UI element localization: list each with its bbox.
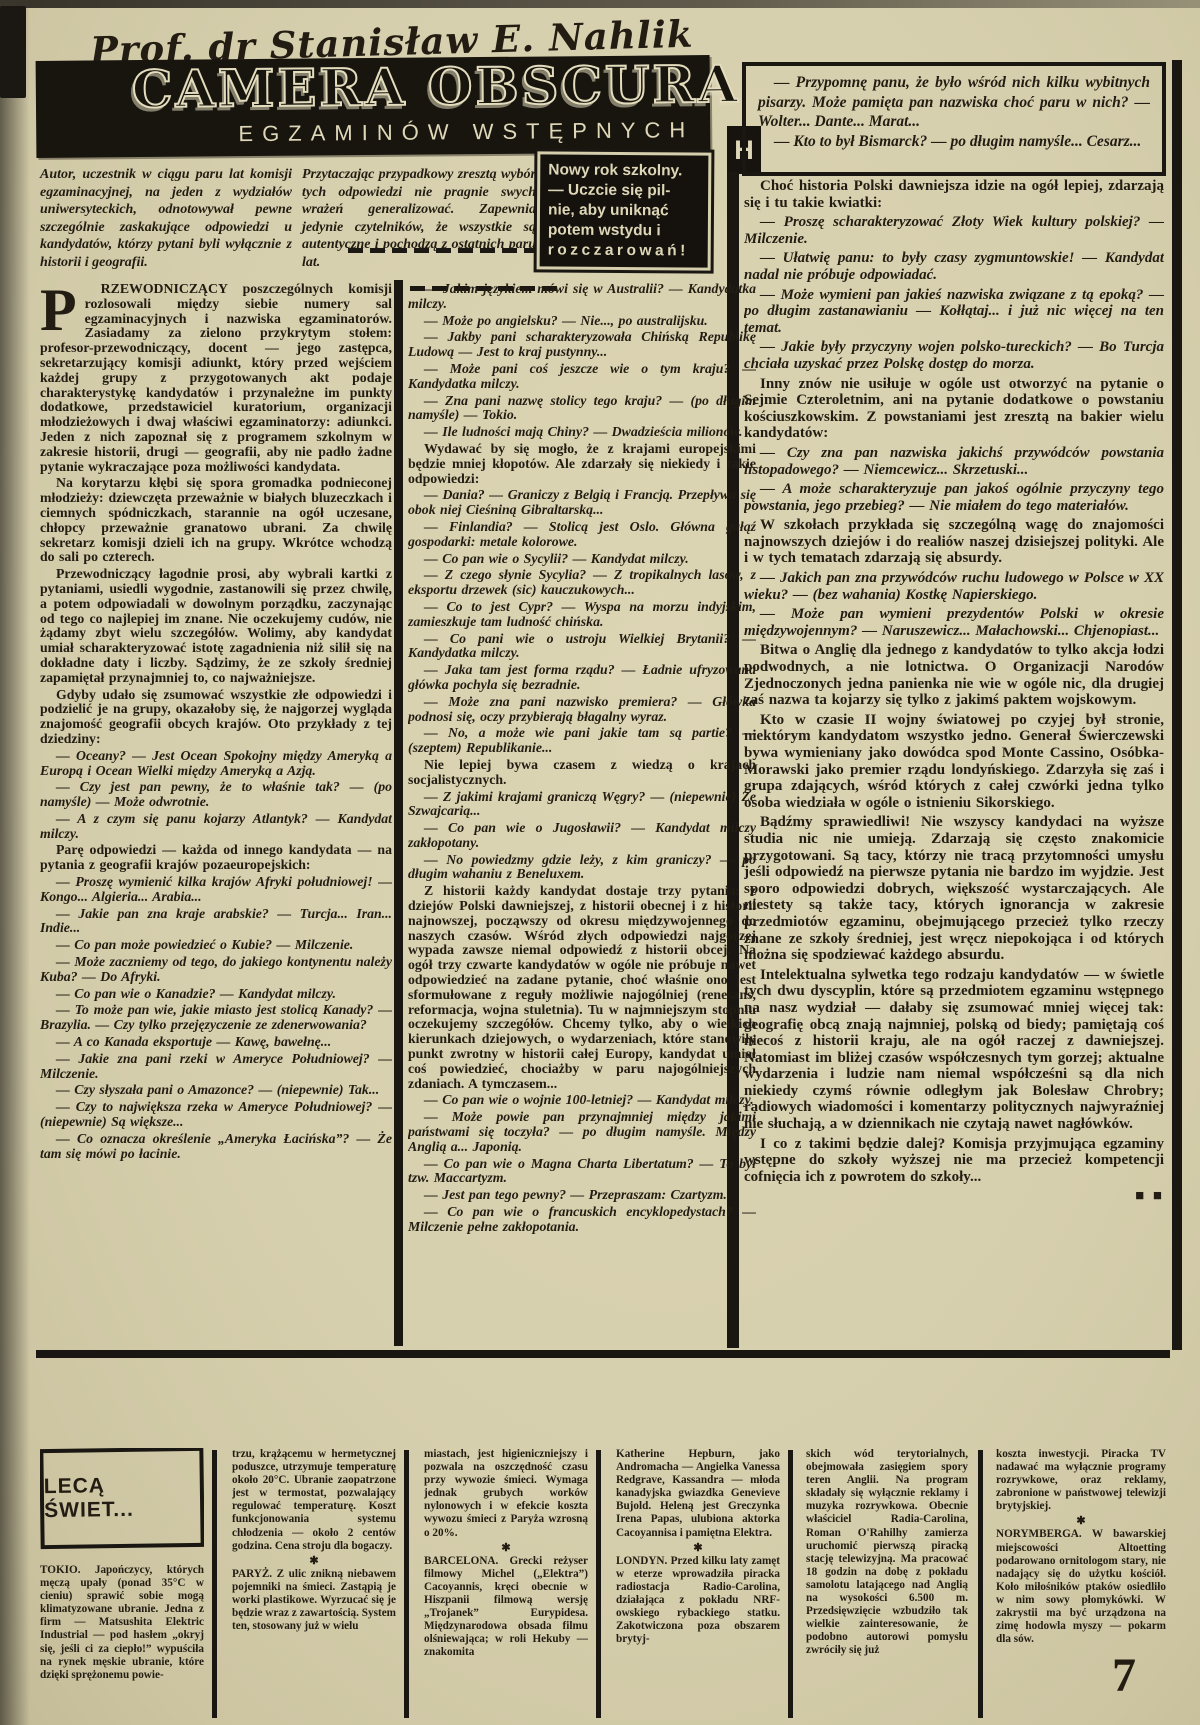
paragraph: — Czy zna pan nazwiska jakichś przywódcó… xyxy=(744,445,1164,478)
briefs-column-1: LECĄ ŚWIET... TOKIO. Japończycy, których… xyxy=(40,1448,204,1720)
school-year-notice-box: Nowy rok szkolny.— Uczcie się pil-nie, a… xyxy=(540,154,709,267)
section-divider-rule xyxy=(36,1350,1170,1358)
intro-paragraph: Autor, uczestnik w ciągu paru lat komisj… xyxy=(40,166,292,272)
column-rule xyxy=(1172,60,1182,1350)
paragraph: RZEWODNICZĄCY poszczególnych komisji roz… xyxy=(40,282,392,474)
paragraph: Inny znów nie usiłuje w ogóle ust otworz… xyxy=(744,376,1164,442)
paragraph: — Czy jest pan pewny, że to właśnie tak?… xyxy=(40,780,392,810)
paragraph: — Z jakimi krajami graniczą Węgry? — (ni… xyxy=(408,790,756,820)
paragraph: — Może powie pan przynajmniej między jak… xyxy=(408,1110,756,1154)
paragraph: — A może scharakteryzuje pan jakoś ogóln… xyxy=(744,481,1164,514)
paragraph: — Jakim językiem mówi się w Australii? —… xyxy=(408,282,756,312)
paragraph: — Oceany? — Jest Ocean Spokojny między A… xyxy=(40,749,392,779)
paragraph: Z historii każdy kandydat dostaje trzy p… xyxy=(408,884,756,1091)
paragraph: — Może zaczniemy od tego, do jakiego kon… xyxy=(40,955,392,985)
paragraph: I co z takimi będzie dalej? Komisja przy… xyxy=(744,1136,1164,1186)
briefs-column-3: miastach, jest higieniczniejszy i pozwal… xyxy=(424,1448,588,1720)
paragraph: Kto w czasie II wojny światowej po czyje… xyxy=(744,712,1164,812)
brief-paragraph: PARYŻ. Z ulic znikną niebawem pojemniki … xyxy=(232,1568,396,1633)
paragraph: — Ułatwię panu: to były czasy zygmuntows… xyxy=(744,250,1164,283)
briefs-column-rule xyxy=(788,1450,793,1718)
page-subtitle: EGZAMINÓW WSTĘPNYCH xyxy=(36,117,694,149)
paragraph: Nie lepiej bywa czasem z wiedzą o krajac… xyxy=(408,758,756,788)
paragraph: — Może pani coś jeszcze wie o tym kraju?… xyxy=(408,362,756,392)
briefs-column-2: trzu, krążącemu w hermetycznej poduszce,… xyxy=(232,1448,396,1720)
paragraph: Choć historia Polski dawniejsza idzie na… xyxy=(744,178,1164,211)
brief-paragraph: miastach, jest higieniczniejszy i pozwal… xyxy=(424,1448,588,1540)
paragraph: ■ ■ xyxy=(744,1188,1164,1205)
briefs-section-title: LECĄ ŚWIET... xyxy=(44,1473,201,1523)
paragraph: — Co pani wie o ustroju Wielkiej Brytani… xyxy=(408,632,756,662)
article-column-left: P RZEWODNICZĄCY poszczególnych komisji r… xyxy=(40,282,392,1344)
paragraph: Bądźmy sprawiedliwi! Nie wszyscy kandyda… xyxy=(744,814,1164,963)
scan-edge-left xyxy=(0,0,30,1725)
magazine-page: Prof. dr Stanisław E. Nahlik CAMERA OBSC… xyxy=(0,0,1200,1725)
paragraph: — A z czym się panu kojarzy Atlantyk? — … xyxy=(40,812,392,842)
article-column-middle: — Jakim językiem mówi się w Australii? —… xyxy=(408,282,756,1344)
intro-column-2: Przytaczając przypadkowy zresztą wybór t… xyxy=(302,166,536,272)
paragraph: — Co pan wie o wojnie 100-letniej? — Kan… xyxy=(408,1093,756,1108)
dashed-rule xyxy=(348,248,536,253)
paragraph: — Może zna pani nazwisko premiera? — Głó… xyxy=(408,695,756,725)
paragraph: — Co pan wie o Jugosławii? — Kandydat mi… xyxy=(408,821,756,851)
paragraph: — Co oznacza określenie „Ameryka Łacińsk… xyxy=(40,1132,392,1162)
paragraph: — Może wymieni pan jakieś nazwiska związ… xyxy=(744,287,1164,337)
brief-paragraph: koszta inwestycji. Piracka TV nadawać ma… xyxy=(996,1448,1166,1513)
briefs-column-5: skich wód terytorialnych, obejmowała zas… xyxy=(806,1448,968,1720)
paragraph: — Co to jest Cypr? — Wyspa na morzu indy… xyxy=(408,600,756,630)
briefs-column-rule xyxy=(596,1450,601,1718)
paragraph: — Co pan wie o Kanadzie? — Kandydat milc… xyxy=(40,987,392,1002)
brief-paragraph: LONDYN. Przed kilku laty zamęt w eterze … xyxy=(616,1555,780,1647)
paragraph: — Co pan wie o Magna Charta Libertatum? … xyxy=(408,1157,756,1187)
brief-paragraph: trzu, krążącemu w hermetycznej poduszce,… xyxy=(232,1448,396,1553)
paragraph: — Zna pani nazwę stolicy tego kraju? — (… xyxy=(408,394,756,424)
notice-line: — Uczcie się pil- xyxy=(548,180,700,201)
paragraph: Na korytarzu kłębi się spora gromadka po… xyxy=(40,476,392,565)
article-text: Choć historia Polski dawniejsza idzie na… xyxy=(744,178,1164,1205)
notice-line: Nowy rok szkolny. xyxy=(548,160,700,181)
briefs-column-rule xyxy=(978,1450,983,1718)
brief-paragraph: ✱ xyxy=(616,1543,780,1553)
brief-paragraph: ✱ xyxy=(996,1516,1166,1526)
paragraph: Intelektualna sylwetka tego rodzaju kand… xyxy=(744,967,1164,1133)
brief-paragraph: skich wód terytorialnych, obejmowała zas… xyxy=(806,1448,968,1658)
intro-column-1: Autor, uczestnik w ciągu paru lat komisj… xyxy=(40,166,292,272)
paragraph: — Ile ludności mają Chiny? — Dwadzieścia… xyxy=(408,425,756,440)
scan-edge-top xyxy=(0,0,1200,8)
brief-paragraph: ✱ xyxy=(232,1556,396,1566)
paragraph: — To może pan wie, jakie miasto jest sto… xyxy=(40,1003,392,1033)
brief-paragraph: Katherine Hepburn, jako Andromacha — Ang… xyxy=(616,1448,780,1540)
paragraph: — Co pan wie o Sycylii? — Kandydat milcz… xyxy=(408,552,756,567)
scan-corner-mark xyxy=(0,6,26,98)
brief-paragraph: ✱ xyxy=(424,1543,588,1553)
paragraph: Wydawać by się mogło, że z krajami europ… xyxy=(408,442,756,486)
page-number: 7 xyxy=(1112,1652,1136,1700)
intro-paragraph: Przytaczając przypadkowy zresztą wybór t… xyxy=(302,166,536,272)
briefs-column-4: Katherine Hepburn, jako Andromacha — Ang… xyxy=(616,1448,780,1720)
paragraph: — Jakby pani scharakteryzowała Chińską R… xyxy=(408,330,756,360)
paragraph: — Jakie pan zna kraje arabskie? — Turcja… xyxy=(40,907,392,937)
brief-paragraph: NORYMBERGA. W bawarskiej miejscowości Al… xyxy=(996,1528,1166,1646)
paragraph: — Może pan wymieni prezydentów Polski w … xyxy=(744,606,1164,639)
paragraph: — Może po angielsku? — Nie..., po austra… xyxy=(408,314,756,329)
paragraph: — Dania? — Graniczy z Belgią i Francją. … xyxy=(408,488,756,518)
brief-paragraph: TOKIO. Japończycy, których męczą upały (… xyxy=(40,1564,204,1682)
quote-line: — Przypomnę panu, że było wśród nich kil… xyxy=(758,73,1150,132)
column-rule xyxy=(394,280,403,1346)
paragraph: — Proszę wymienić kilka krajów Afryki po… xyxy=(40,875,392,905)
paragraph: — Czy to największa rzeka w Ameryce Połu… xyxy=(40,1100,392,1130)
quote-line: — Kto to był Bismarck? — po długim namyś… xyxy=(758,132,1150,152)
paragraph: — A co Kanada eksportuje — Kawę, bawełnę… xyxy=(40,1035,392,1050)
paragraph: — Jakie były przyczyny wojen polsko-ture… xyxy=(744,339,1164,372)
paragraph: — Jakie zna pani rzeki w Ameryce Południ… xyxy=(40,1052,392,1082)
briefs-column-6: koszta inwestycji. Piracka TV nadawać ma… xyxy=(996,1448,1166,1720)
paragraph: W szkołach przykłada się szczególną wagę… xyxy=(744,517,1164,567)
briefs-text: TOKIO. Japończycy, których męczą upały (… xyxy=(40,1564,204,1682)
briefs-column-rule xyxy=(212,1450,217,1718)
paragraph: Przewodniczący łagodnie prosi, aby wybra… xyxy=(40,567,392,685)
briefs-column-rule xyxy=(404,1450,409,1718)
paragraph: — Co pan może powiedzieć o Kubie? — Milc… xyxy=(40,938,392,953)
paragraph: Parę odpowiedzi — każda od innego kandyd… xyxy=(40,843,392,873)
paragraph: Gdyby udało się zsumować wszystkie złe o… xyxy=(40,688,392,747)
title-banner: CAMERA OBSCURA EGZAMINÓW WSTĘPNYCH xyxy=(36,55,711,158)
lead-quote-box: — Przypomnę panu, że było wśród nich kil… xyxy=(742,62,1166,176)
notice-line: potem wstydu i xyxy=(548,220,700,241)
paragraph: — Co pan wie o francuskich encyklopedyst… xyxy=(408,1205,756,1235)
briefs-section-box: LECĄ ŚWIET... xyxy=(40,1448,204,1549)
notice-line: rozczarowań! xyxy=(548,240,700,261)
paragraph: — Czy słyszała pani o Amazonce? — (niepe… xyxy=(40,1083,392,1098)
brief-paragraph: BARCELONA. Grecki reżyser filmowy Michel… xyxy=(424,1555,588,1660)
paragraph: — No, a może wie pani jakie tam są parti… xyxy=(408,726,756,756)
paragraph: — Z czego słynie Sycylia? — Z tropikalny… xyxy=(408,568,756,598)
article-column-right: Choć historia Polski dawniejsza idzie na… xyxy=(744,178,1164,1346)
article-text: — Jakim językiem mówi się w Australii? —… xyxy=(408,282,756,1235)
paragraph: — Finlandia? — Stolicą jest Oslo. Główna… xyxy=(408,520,756,550)
paragraph: — Jaka tam jest forma rządu? — Ładnie uf… xyxy=(408,663,756,693)
article-text: RZEWODNICZĄCY poszczególnych komisji roz… xyxy=(40,282,392,1161)
paragraph: — Jakich pan zna przywódców ruchu ludowe… xyxy=(744,570,1164,603)
paragraph: — No powiedzmy gdzie leży, z kim granicz… xyxy=(408,853,756,883)
paragraph: Bitwa o Anglię dla jednego z kandydatów … xyxy=(744,642,1164,708)
drop-cap: P xyxy=(40,282,85,332)
page-title: CAMERA OBSCURA xyxy=(132,55,741,120)
paragraph: — Jest pan tego pewny? — Przepraszam: Cz… xyxy=(408,1188,756,1203)
notice-line: nie, aby uniknąć xyxy=(548,200,700,221)
paragraph: — Proszę scharakteryzować Złoty Wiek kul… xyxy=(744,214,1164,247)
